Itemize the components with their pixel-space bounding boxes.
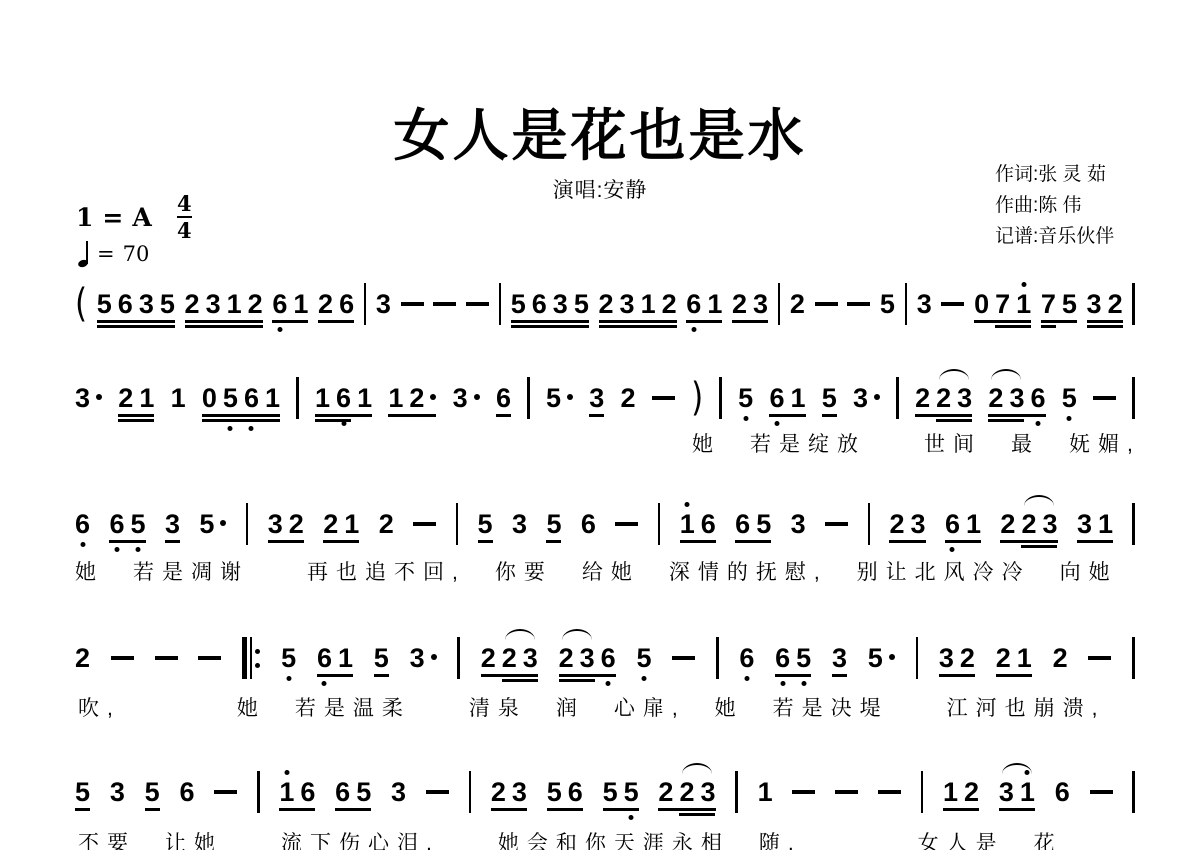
dash-extension (1088, 656, 1111, 659)
note: 2 (75, 645, 90, 672)
note: 5 (546, 385, 573, 412)
note-group: 2312 (185, 291, 263, 318)
note: 3 (791, 511, 806, 538)
note-1: 1 (338, 645, 353, 672)
note-group: 0561 (202, 385, 280, 412)
note-group: 65 (335, 779, 371, 806)
note-5: 5 (574, 291, 589, 318)
beam (832, 674, 847, 676)
beam (511, 325, 589, 327)
octave-dot-below (322, 681, 327, 686)
octave-dot-below (606, 681, 611, 686)
note: 2 (621, 385, 636, 412)
octave-dot-below (743, 416, 748, 421)
note-1: 1 (357, 385, 372, 412)
beam (995, 325, 1031, 327)
beam (1000, 540, 1057, 542)
note-2: 2 (185, 291, 200, 318)
note-5: 5 (1062, 291, 1077, 318)
note-6: 6 (739, 645, 754, 672)
note-group: 3 (165, 511, 180, 538)
note-2: 2 (248, 291, 263, 318)
note: 1 (171, 385, 186, 412)
note-5: 5 (636, 645, 651, 672)
beam (599, 320, 677, 322)
note-group: 16 (279, 779, 315, 806)
beam (481, 674, 538, 676)
beam (323, 540, 359, 542)
beam (496, 414, 511, 416)
dash-extension (652, 396, 675, 399)
beam (599, 325, 677, 327)
note-3: 3 (1077, 511, 1092, 538)
octave-dot-below (801, 681, 806, 686)
octave-dot-below (780, 681, 785, 686)
note-group: 223 (1000, 511, 1057, 538)
augmentation-dot (430, 394, 436, 400)
beam (686, 320, 722, 322)
note: 5 (199, 511, 226, 538)
note-3: 3 (939, 645, 954, 672)
note-5: 5 (97, 291, 112, 318)
note-group: 5 (145, 779, 160, 806)
note-group: 6 (496, 385, 511, 412)
note: 6 (581, 511, 596, 538)
note-group: 5 (75, 779, 90, 806)
beam (272, 320, 308, 322)
note-group: 31 (999, 779, 1035, 806)
note-2: 2 (889, 511, 904, 538)
slur (562, 629, 592, 640)
note: 3 (110, 779, 125, 806)
beam (822, 414, 837, 416)
credit-transcriber: 记谱:音乐伙伴 (995, 222, 1114, 253)
beam (511, 320, 589, 322)
beam (109, 540, 145, 542)
note: 1 (758, 779, 773, 806)
note-3: 3 (391, 779, 406, 806)
note-6: 6 (775, 645, 790, 672)
dash-extension (401, 302, 424, 305)
beam (988, 414, 1045, 416)
note-2: 2 (790, 291, 805, 318)
augmentation-dot (431, 654, 437, 660)
barline (1132, 283, 1135, 325)
note-5: 5 (756, 511, 771, 538)
note-5: 5 (880, 291, 895, 318)
beam (315, 414, 372, 416)
note-group: 23 (491, 779, 527, 806)
lyrics-row-4: 不要 让她 流下伤心泪, 她会和你天涯永相 随, 女人是 花 (78, 827, 1063, 850)
note-6: 6 (179, 779, 194, 806)
note-6: 6 (945, 511, 960, 538)
note-group: 2312 (599, 291, 677, 318)
note-2: 2 (964, 779, 979, 806)
augmentation-dot (889, 654, 895, 660)
note-5: 5 (1062, 385, 1077, 412)
barline (1132, 377, 1135, 419)
beam (315, 419, 351, 421)
beam (478, 540, 493, 542)
dash-extension (825, 522, 848, 525)
note: 5 (880, 291, 895, 318)
note-2: 2 (409, 385, 436, 412)
dash-extension (1090, 790, 1113, 793)
beam (1041, 325, 1056, 327)
note-6: 6 (701, 511, 716, 538)
time-signature: 4 4 (177, 193, 192, 241)
beam (268, 540, 304, 542)
beam (185, 325, 263, 327)
note: 5 (636, 645, 651, 672)
note-7: 7 (995, 291, 1010, 318)
note-group: 236 (988, 385, 1045, 412)
beam (988, 419, 1024, 421)
barline (1132, 503, 1135, 545)
note-1: 1 (139, 385, 154, 412)
beam (118, 419, 154, 421)
credit-composer: 作曲:陈 伟 (995, 191, 1114, 222)
dash-extension (433, 302, 456, 305)
note-5: 5 (546, 511, 561, 538)
note-6: 6 (568, 779, 583, 806)
slur (505, 629, 535, 640)
note-5: 5 (546, 385, 573, 412)
beam (185, 320, 263, 322)
note-1: 1 (790, 385, 805, 412)
note-6: 6 (769, 385, 784, 412)
beam (202, 414, 280, 416)
note: 3 (853, 385, 880, 412)
note-2: 2 (1053, 645, 1068, 672)
credits-block: 作词:张 灵 茹 作曲:陈 伟 记谱:音乐伙伴 (995, 160, 1114, 252)
note-1: 1 (707, 291, 722, 318)
beam (374, 674, 389, 676)
beam (202, 419, 280, 421)
note-3: 3 (553, 291, 568, 318)
beam (603, 808, 639, 810)
note: 3 (410, 645, 437, 672)
note-3: 3 (410, 645, 437, 672)
note-1: 1 (344, 511, 359, 538)
note-3: 3 (957, 385, 972, 412)
note-2: 2 (679, 779, 694, 806)
score-line-4: 25615322323656653532212 (75, 636, 1135, 680)
note-6: 6 (317, 645, 332, 672)
note-1: 1 (758, 779, 773, 806)
note-1: 1 (680, 511, 695, 538)
note-group: 26 (318, 291, 354, 318)
note-3: 3 (832, 645, 847, 672)
note-1: 1 (1020, 779, 1035, 806)
note: 6 (75, 511, 90, 538)
note-3: 3 (523, 645, 538, 672)
note-3: 3 (268, 511, 283, 538)
octave-dot-below (114, 547, 119, 552)
beam (1021, 545, 1057, 547)
beam (491, 808, 527, 810)
score-line-3: 6653532212535616653236122331 (75, 502, 1135, 546)
beam (97, 325, 175, 327)
barline (499, 283, 502, 325)
note: 3 (917, 291, 932, 318)
note-3: 3 (75, 385, 102, 412)
dash-extension (198, 656, 221, 659)
note-2: 2 (289, 511, 304, 538)
beam (999, 808, 1035, 810)
beam (388, 414, 436, 416)
barline (1132, 771, 1135, 813)
note-group: 55 (603, 779, 639, 806)
note-5: 5 (130, 511, 145, 538)
tempo-marking: = 70 (78, 240, 149, 267)
note-3: 3 (206, 291, 221, 318)
octave-dot-below (641, 676, 646, 681)
note-2: 2 (732, 291, 747, 318)
beam (165, 540, 180, 542)
note-group: 75 (1041, 291, 1077, 318)
note-6: 6 (496, 385, 511, 412)
note-3: 3 (910, 511, 925, 538)
note-0: 0 (974, 291, 989, 318)
note: 3 (376, 291, 391, 318)
dash-extension (615, 522, 638, 525)
note-5: 5 (145, 779, 160, 806)
note: 3 (453, 385, 480, 412)
barline (457, 637, 460, 679)
beam (1087, 325, 1123, 327)
tempo-equals: = (97, 242, 115, 266)
note-3: 3 (165, 511, 180, 538)
octave-dot-below (228, 426, 233, 431)
key-equals: = (102, 203, 123, 232)
note-group: 223 (658, 779, 715, 806)
note-2: 2 (559, 645, 574, 672)
note: 3 (391, 779, 406, 806)
barline (364, 283, 367, 325)
note-5: 5 (75, 779, 90, 806)
note-1: 1 (315, 385, 330, 412)
beam (658, 808, 715, 810)
note-5: 5 (478, 511, 493, 538)
octave-dot-above (1021, 282, 1026, 287)
barline (921, 771, 924, 813)
augmentation-dot (220, 520, 226, 526)
note-group: 65 (109, 511, 145, 538)
octave-dot-below (691, 327, 696, 332)
beam (732, 320, 768, 322)
note-1: 1 (1016, 291, 1031, 318)
beam (1041, 320, 1077, 322)
augmentation-dot (96, 394, 102, 400)
note-5: 5 (281, 645, 296, 672)
note-3: 3 (580, 645, 595, 672)
note-group: 32 (939, 645, 975, 672)
octave-dot-below (249, 426, 254, 431)
note-3: 3 (999, 779, 1014, 806)
octave-dot-below (950, 547, 955, 552)
note-group: 161 (315, 385, 372, 412)
dash-extension (413, 522, 436, 525)
credit-lyricist: 作词:张 灵 茹 (995, 160, 1114, 191)
score-line-5: 535616653235655223112316 (75, 770, 1135, 814)
note-group: 3 (832, 645, 847, 672)
note: 5 (1062, 385, 1077, 412)
dash-extension (847, 302, 870, 305)
barline (456, 503, 459, 545)
note-group: 21 (118, 385, 154, 412)
note: 5 (281, 645, 296, 672)
note-group: 65 (775, 645, 811, 672)
beam (559, 674, 616, 676)
note-group: 5 (546, 511, 561, 538)
octave-dot-below (629, 815, 634, 820)
note-group: 21 (323, 511, 359, 538)
slur (991, 369, 1021, 380)
dash-extension (214, 790, 237, 793)
note-5: 5 (511, 291, 526, 318)
octave-dot-below (286, 676, 291, 681)
barline (896, 377, 899, 419)
note-6: 6 (109, 511, 124, 538)
dash-extension (111, 656, 134, 659)
key-value: A (132, 203, 151, 232)
note-1: 1 (388, 385, 403, 412)
lyrics-row-2: 她 若是凋谢 再也追不回, 你要 给她 深情的抚慰, 别让北风冷冷 向她 (75, 556, 1118, 586)
beam (1077, 540, 1113, 542)
note-2: 2 (502, 645, 517, 672)
note-5: 5 (603, 779, 618, 806)
quarter-note-icon (78, 240, 89, 267)
note-5: 5 (356, 779, 371, 806)
dash-extension (792, 790, 815, 793)
note-group: 071 (974, 291, 1031, 318)
sheet-music-page: 女人是花也是水 演唱:安静 作词:张 灵 茹 作曲:陈 伟 记谱:音乐伙伴 1 … (0, 0, 1200, 850)
note: 2 (790, 291, 805, 318)
note-1: 1 (293, 291, 308, 318)
octave-dot-below (1036, 421, 1041, 426)
octave-dot-above (284, 770, 289, 775)
note-5: 5 (160, 291, 175, 318)
augmentation-dot (874, 394, 880, 400)
note-3: 3 (110, 779, 125, 806)
note-group: 61 (945, 511, 981, 538)
beam (775, 674, 811, 676)
dash-extension (835, 790, 858, 793)
barline (527, 377, 530, 419)
dash-extension (941, 302, 964, 305)
barline (469, 771, 472, 813)
note-5: 5 (738, 385, 753, 412)
note-2: 2 (915, 385, 930, 412)
beam (679, 813, 715, 815)
beam (915, 414, 972, 416)
note-3: 3 (512, 779, 527, 806)
barline (658, 503, 661, 545)
note-group: 31 (1077, 511, 1113, 538)
beam (317, 674, 353, 676)
note-group: 3 (589, 385, 604, 412)
note-3: 3 (1087, 291, 1102, 318)
note-6: 6 (300, 779, 315, 806)
note-6: 6 (75, 511, 90, 538)
note-5: 5 (223, 385, 238, 412)
note-1: 1 (265, 385, 280, 412)
barline (735, 771, 738, 813)
note-5: 5 (624, 779, 639, 806)
barline (246, 503, 249, 545)
open-paren: ( (75, 285, 87, 324)
note-2: 2 (1108, 291, 1123, 318)
note: 2 (1053, 645, 1068, 672)
beam (145, 808, 160, 810)
close-paren: ) (691, 379, 703, 418)
beam (939, 674, 975, 676)
octave-dot-below (744, 676, 749, 681)
beam (118, 414, 154, 416)
note-1: 1 (227, 291, 242, 318)
time-numerator: 4 (177, 193, 192, 214)
dash-extension (878, 790, 901, 793)
note-3: 3 (700, 779, 715, 806)
slur (1002, 763, 1032, 774)
barline (916, 637, 919, 679)
note: 6 (179, 779, 194, 806)
note-5: 5 (868, 645, 895, 672)
note-group: 61 (686, 291, 722, 318)
note-group: 32 (268, 511, 304, 538)
note-6: 6 (1055, 779, 1070, 806)
note-3: 3 (1009, 385, 1024, 412)
note-group: 5635 (511, 291, 589, 318)
note-2: 2 (936, 385, 951, 412)
note-group: 5 (822, 385, 837, 412)
octave-dot-below (774, 421, 779, 426)
note-group: 223 (915, 385, 972, 412)
note-group: 56 (547, 779, 583, 806)
note-3: 3 (791, 511, 806, 538)
slur (1024, 495, 1054, 506)
note-5: 5 (374, 645, 389, 672)
note-1: 1 (943, 779, 958, 806)
note-6: 6 (1030, 385, 1045, 412)
note-3: 3 (139, 291, 154, 318)
note-6: 6 (735, 511, 750, 538)
note-5: 5 (822, 385, 837, 412)
note: 3 (512, 511, 527, 538)
beam (318, 320, 354, 322)
note-group: 65 (735, 511, 771, 538)
note-2: 2 (996, 645, 1011, 672)
note-3: 3 (853, 385, 880, 412)
note-2: 2 (662, 291, 677, 318)
dash-extension (672, 656, 695, 659)
lyrics-row-3: 吹, 她 若是温柔 清泉 润 心扉, 她 若是决堤 江河也崩溃, (78, 692, 1106, 722)
dash-extension (426, 790, 449, 793)
note-group: 12 (388, 385, 436, 412)
note-group: 32 (1087, 291, 1123, 318)
note-6: 6 (335, 779, 350, 806)
note-2: 2 (960, 645, 975, 672)
time-denominator: 4 (177, 220, 192, 241)
octave-dot-below (80, 542, 85, 547)
note-1: 1 (966, 511, 981, 538)
beam (589, 414, 604, 416)
note: 3 (75, 385, 102, 412)
beam (936, 419, 972, 421)
beam (75, 808, 90, 810)
note-3: 3 (917, 291, 932, 318)
